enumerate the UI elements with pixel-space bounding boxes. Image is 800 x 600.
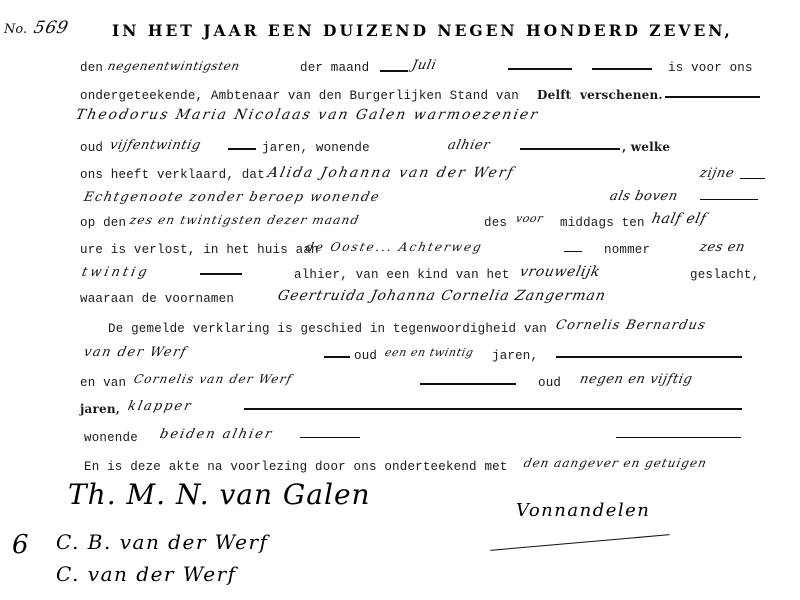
printed-text: is voor ons [668, 61, 753, 75]
fill-line [616, 437, 741, 438]
fill-line [380, 70, 408, 72]
fill-line [520, 148, 620, 150]
signature-witness2: C. van der Werf [56, 562, 237, 586]
fill-line [324, 356, 350, 358]
handwritten-mother-name: Alida Johanna van der Werf [266, 165, 516, 181]
printed-text: op den [80, 216, 126, 230]
printed-text: nommer [604, 243, 650, 257]
printed-text: jaren, wonende [262, 141, 370, 155]
handwritten-birth-time: half elf [650, 211, 708, 227]
handwritten-month: Juli [410, 58, 438, 73]
printed-text: ure is verlost, in het huis aan [80, 243, 319, 257]
printed-text: oud [538, 376, 561, 390]
signature-underline [490, 534, 669, 551]
printed-text: oud [354, 349, 377, 363]
handwritten-birth-date: zes en twintigsten dezer maand [129, 213, 362, 227]
city-name: Delft [537, 88, 571, 102]
handwritten-witnesses-residence: beiden alhier [158, 427, 274, 442]
printed-text: middags ten [560, 216, 645, 230]
fill-line [300, 437, 360, 438]
printed-text: alhier, van een kind van het [294, 268, 510, 282]
handwritten-witness1-surname: van der Werf [82, 345, 188, 360]
handwritten-residence: alhier [446, 138, 491, 153]
printed-text: jaren, [492, 349, 538, 363]
handwritten-declarant-name: Theodorus Maria Nicolaas van Galen warmo… [74, 107, 540, 123]
handwritten-occupation: Echtgenoote zonder beroep wonende [82, 190, 381, 205]
record-number-label: No. [4, 22, 27, 37]
printed-text: De gemelde verklaring is geschied in teg… [108, 322, 547, 336]
handwritten-child-names: Geertruida Johanna Cornelia Zangerman [276, 288, 607, 304]
handwritten-address: de Ooste... Achterweg [305, 240, 485, 254]
fill-line [665, 96, 760, 98]
printed-text: des [484, 216, 507, 230]
printed-text: oud [80, 141, 103, 155]
handwritten-text: zijne [698, 166, 735, 181]
record-number-value: 569 [32, 18, 71, 38]
printed-text: , welke [622, 140, 670, 154]
fill-line [740, 178, 765, 179]
fill-line [564, 251, 582, 252]
printed-text: der maand [300, 61, 369, 75]
document-heading: IN HET JAAR EEN DUIZEND NEGEN HONDERD ZE… [112, 21, 733, 40]
signature-initial: 6 [12, 530, 30, 560]
handwritten-witness2-occupation: klapper [126, 399, 194, 414]
printed-text: En is deze akte na voorlezing door ons o… [84, 460, 508, 474]
fill-line [200, 273, 242, 275]
printed-text: ondergeteekende, Ambtenaar van den Burge… [80, 89, 519, 103]
signature-witness1: C. B. van der Werf [56, 530, 268, 554]
handwritten-text: voor [515, 212, 545, 225]
fill-line [556, 356, 742, 358]
fill-line [228, 148, 256, 150]
handwritten-sex: vrouwelijk [518, 264, 602, 280]
printed-text: en van [80, 376, 126, 390]
printed-text: jaren, [80, 402, 120, 416]
handwritten-house-number: zes en [698, 240, 746, 255]
fill-line [592, 68, 652, 70]
handwritten-house-number-cont: twintig [80, 265, 151, 280]
handwritten-signers: den aangever en getuigen [523, 456, 709, 470]
fill-line [508, 68, 572, 70]
handwritten-witness2-name: Cornelis van der Werf [133, 372, 294, 386]
handwritten-age: vijfentwintig [108, 138, 202, 153]
handwritten-text: als boven [608, 189, 679, 204]
printed-text: den [80, 61, 103, 75]
signature-registrar: Vonnandelen [516, 500, 650, 521]
printed-text: wonende [84, 431, 138, 445]
handwritten-witness2-age: negen en vijftig [578, 372, 694, 387]
fill-line [700, 199, 758, 200]
handwritten-witness1-name: Cornelis Bernardus [554, 318, 707, 333]
printed-text: waaraan de voornamen [80, 292, 234, 306]
printed-text: geslacht, [690, 268, 759, 282]
fill-line [244, 408, 742, 410]
signature-declarant: Th. M. N. van Galen [68, 478, 371, 511]
printed-text: verschenen. [580, 88, 663, 102]
fill-line [420, 383, 516, 385]
handwritten-witness1-age: een en twintig [384, 346, 475, 359]
handwritten-day: negenentwintigsten [107, 59, 242, 73]
printed-text: ons heeft verklaard, dat [80, 168, 265, 182]
